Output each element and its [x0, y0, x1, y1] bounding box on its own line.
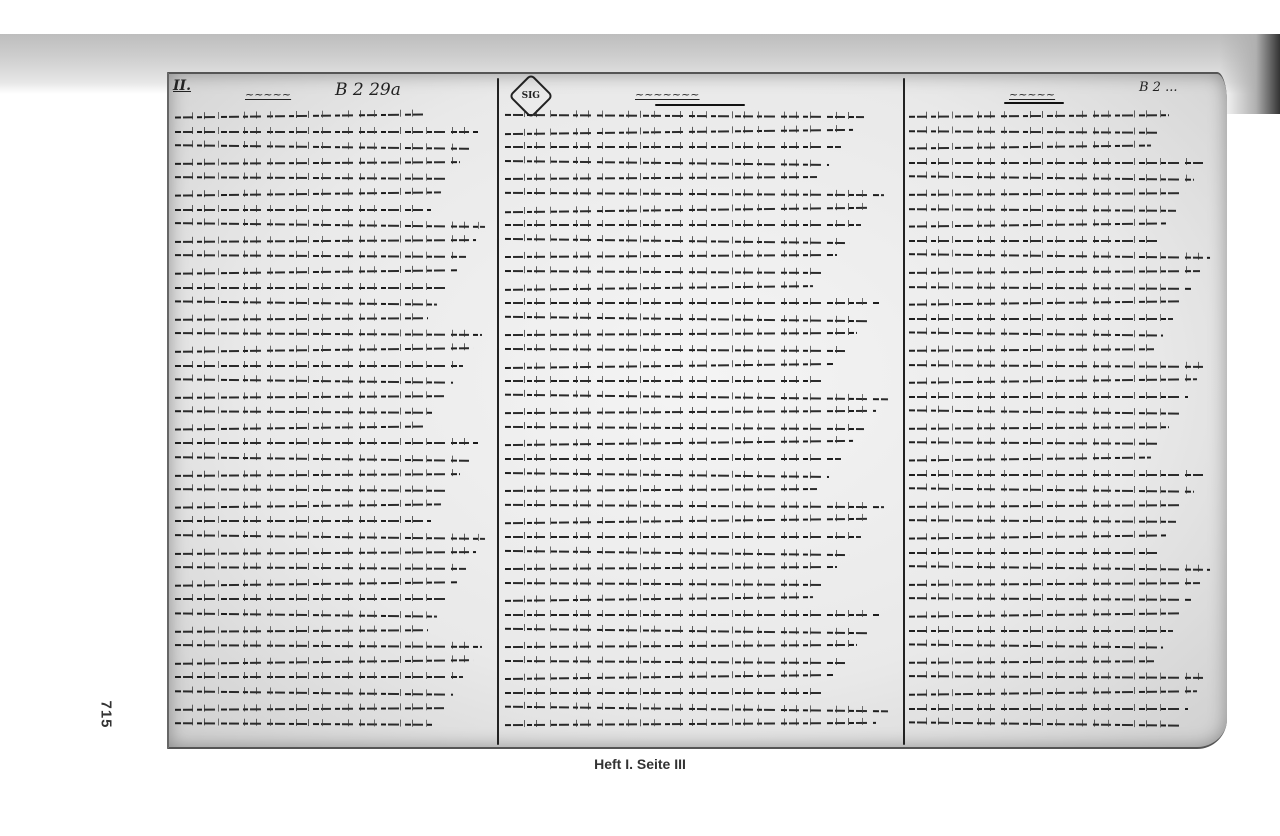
column-divider: [903, 78, 905, 745]
handwritten-line: [909, 451, 1219, 467]
handwritten-line: [909, 202, 1219, 218]
column-heading: ~~~~~: [1009, 88, 1055, 101]
manuscript-column-right: ~~~~~ B 2 ...: [909, 74, 1219, 747]
handwritten-line: [505, 124, 900, 140]
handwritten-line: [505, 264, 900, 280]
handwritten-line: [505, 545, 900, 561]
handwritten-line: [505, 529, 900, 545]
handwritten-line: [909, 358, 1219, 374]
handwritten-line: [505, 576, 900, 592]
handwritten-line: [175, 435, 495, 451]
handwritten-line: [505, 638, 900, 654]
handwritten-line: [175, 716, 495, 732]
handwritten-line: [909, 607, 1219, 623]
handwritten-line: [909, 669, 1219, 685]
manuscript-column-middle: SIG ~~~~~~~: [505, 74, 900, 747]
handwritten-line: [175, 638, 495, 654]
handwritten-line: [909, 326, 1219, 342]
handwritten-line: [909, 685, 1219, 701]
reference-code: B 2 ...: [1139, 80, 1178, 95]
handwritten-line: [175, 623, 495, 639]
handwritten-line: [909, 513, 1219, 529]
handwritten-line: [909, 295, 1219, 311]
handwritten-line: [505, 607, 900, 623]
handwritten-line: [175, 560, 495, 576]
handwritten-line: [175, 701, 495, 717]
handwritten-line: [505, 623, 900, 639]
handwritten-line: [909, 701, 1219, 717]
handwritten-line: [505, 233, 900, 249]
handwritten-line: [909, 623, 1219, 639]
handwritten-line: [909, 342, 1219, 358]
handwritten-line: [175, 576, 495, 592]
handwritten-line: [505, 482, 900, 498]
column-heading: ~~~~~: [245, 88, 291, 101]
handwritten-line: [909, 264, 1219, 280]
handwritten-line: [175, 342, 495, 358]
handwritten-line: [909, 373, 1219, 389]
handwritten-line: [505, 716, 900, 732]
handwritten-line: [909, 186, 1219, 202]
handwritten-line: [505, 139, 900, 155]
handwritten-line: [909, 591, 1219, 607]
handwritten-line: [175, 186, 495, 202]
handwritten-line: [505, 685, 900, 701]
handwritten-line: [909, 482, 1219, 498]
column-heading: ~~~~~~~: [635, 88, 700, 101]
handwritten-line: [175, 529, 495, 545]
handwritten-line: [175, 248, 495, 264]
handwritten-line: [505, 202, 900, 218]
handwritten-line: [175, 295, 495, 311]
reference-code: B 2 29a: [335, 80, 401, 100]
handwritten-line: [505, 451, 900, 467]
handwritten-line: [909, 389, 1219, 405]
handwritten-line: [505, 248, 900, 264]
handwritten-line: [505, 373, 900, 389]
handwritten-lines: [175, 108, 495, 732]
handwritten-line: [175, 358, 495, 374]
handwritten-line: [175, 451, 495, 467]
handwritten-line: [909, 108, 1219, 124]
handwritten-line: [909, 248, 1219, 264]
handwritten-line: [505, 280, 900, 296]
handwritten-line: [909, 654, 1219, 670]
handwritten-lines: [505, 108, 900, 732]
handwritten-line: [175, 233, 495, 249]
handwritten-line: [175, 217, 495, 233]
handwritten-line: [909, 233, 1219, 249]
handwritten-line: [505, 498, 900, 514]
handwritten-line: [505, 669, 900, 685]
handwritten-line: [505, 186, 900, 202]
handwritten-line: [175, 170, 495, 186]
handwritten-line: [175, 482, 495, 498]
handwritten-line: [505, 358, 900, 374]
handwritten-line: [175, 498, 495, 514]
handwritten-line: [175, 404, 495, 420]
handwritten-line: [505, 420, 900, 436]
stamp-text: SIG: [522, 92, 540, 101]
handwritten-line: [175, 139, 495, 155]
handwritten-line: [909, 404, 1219, 420]
handwritten-line: [909, 576, 1219, 592]
handwritten-line: [505, 513, 900, 529]
handwritten-line: [175, 654, 495, 670]
handwritten-line: [175, 108, 495, 124]
handwritten-line: [909, 498, 1219, 514]
handwritten-line: [909, 638, 1219, 654]
handwritten-line: [505, 389, 900, 405]
handwritten-line: [175, 545, 495, 561]
handwritten-line: [175, 669, 495, 685]
handwritten-line: [175, 124, 495, 140]
handwritten-line: [909, 217, 1219, 233]
handwritten-line: [909, 467, 1219, 483]
handwritten-line: [909, 155, 1219, 171]
handwritten-line: [505, 217, 900, 233]
handwritten-line: [505, 342, 900, 358]
handwritten-line: [505, 435, 900, 451]
handwritten-line: [175, 264, 495, 280]
handwritten-line: [909, 545, 1219, 561]
handwritten-line: [505, 155, 900, 171]
handwritten-line: [505, 404, 900, 420]
handwritten-line: [175, 373, 495, 389]
handwritten-line: [909, 170, 1219, 186]
handwritten-line: [505, 170, 900, 186]
handwritten-line: [175, 420, 495, 436]
handwritten-line: [505, 311, 900, 327]
handwritten-line: [175, 280, 495, 296]
handwritten-line: [505, 591, 900, 607]
handwritten-line: [909, 716, 1219, 732]
figure-caption: Heft I. Seite III: [0, 756, 1280, 772]
manuscript-sheet: II. ~~~~~ B 2 29a SIG ~~~~~~~ ~~~~~ B 2 …: [167, 72, 1227, 749]
handwritten-line: [909, 139, 1219, 155]
handwritten-line: [175, 389, 495, 405]
handwritten-line: [175, 607, 495, 623]
handwritten-line: [175, 513, 495, 529]
column-divider: [497, 78, 499, 745]
handwritten-lines: [909, 108, 1219, 732]
handwritten-line: [175, 155, 495, 171]
handwritten-line: [909, 435, 1219, 451]
page-number: 715: [98, 700, 115, 728]
handwritten-line: [909, 280, 1219, 296]
scan-edge-shadow: [1220, 34, 1280, 114]
handwritten-line: [505, 108, 900, 124]
handwritten-line: [909, 560, 1219, 576]
handwritten-line: [175, 326, 495, 342]
handwritten-line: [909, 311, 1219, 327]
heading-underline: [1004, 102, 1064, 104]
handwritten-line: [175, 202, 495, 218]
handwritten-line: [909, 124, 1219, 140]
handwritten-line: [175, 685, 495, 701]
handwritten-line: [909, 420, 1219, 436]
handwritten-line: [505, 326, 900, 342]
handwritten-line: [175, 311, 495, 327]
handwritten-line: [505, 295, 900, 311]
handwritten-line: [505, 467, 900, 483]
handwritten-line: [505, 560, 900, 576]
handwritten-line: [175, 467, 495, 483]
handwritten-line: [505, 701, 900, 717]
handwritten-line: [505, 654, 900, 670]
handwritten-line: [175, 591, 495, 607]
manuscript-column-left: ~~~~~ B 2 29a: [175, 74, 495, 747]
heading-underline: [655, 104, 745, 106]
handwritten-line: [909, 529, 1219, 545]
